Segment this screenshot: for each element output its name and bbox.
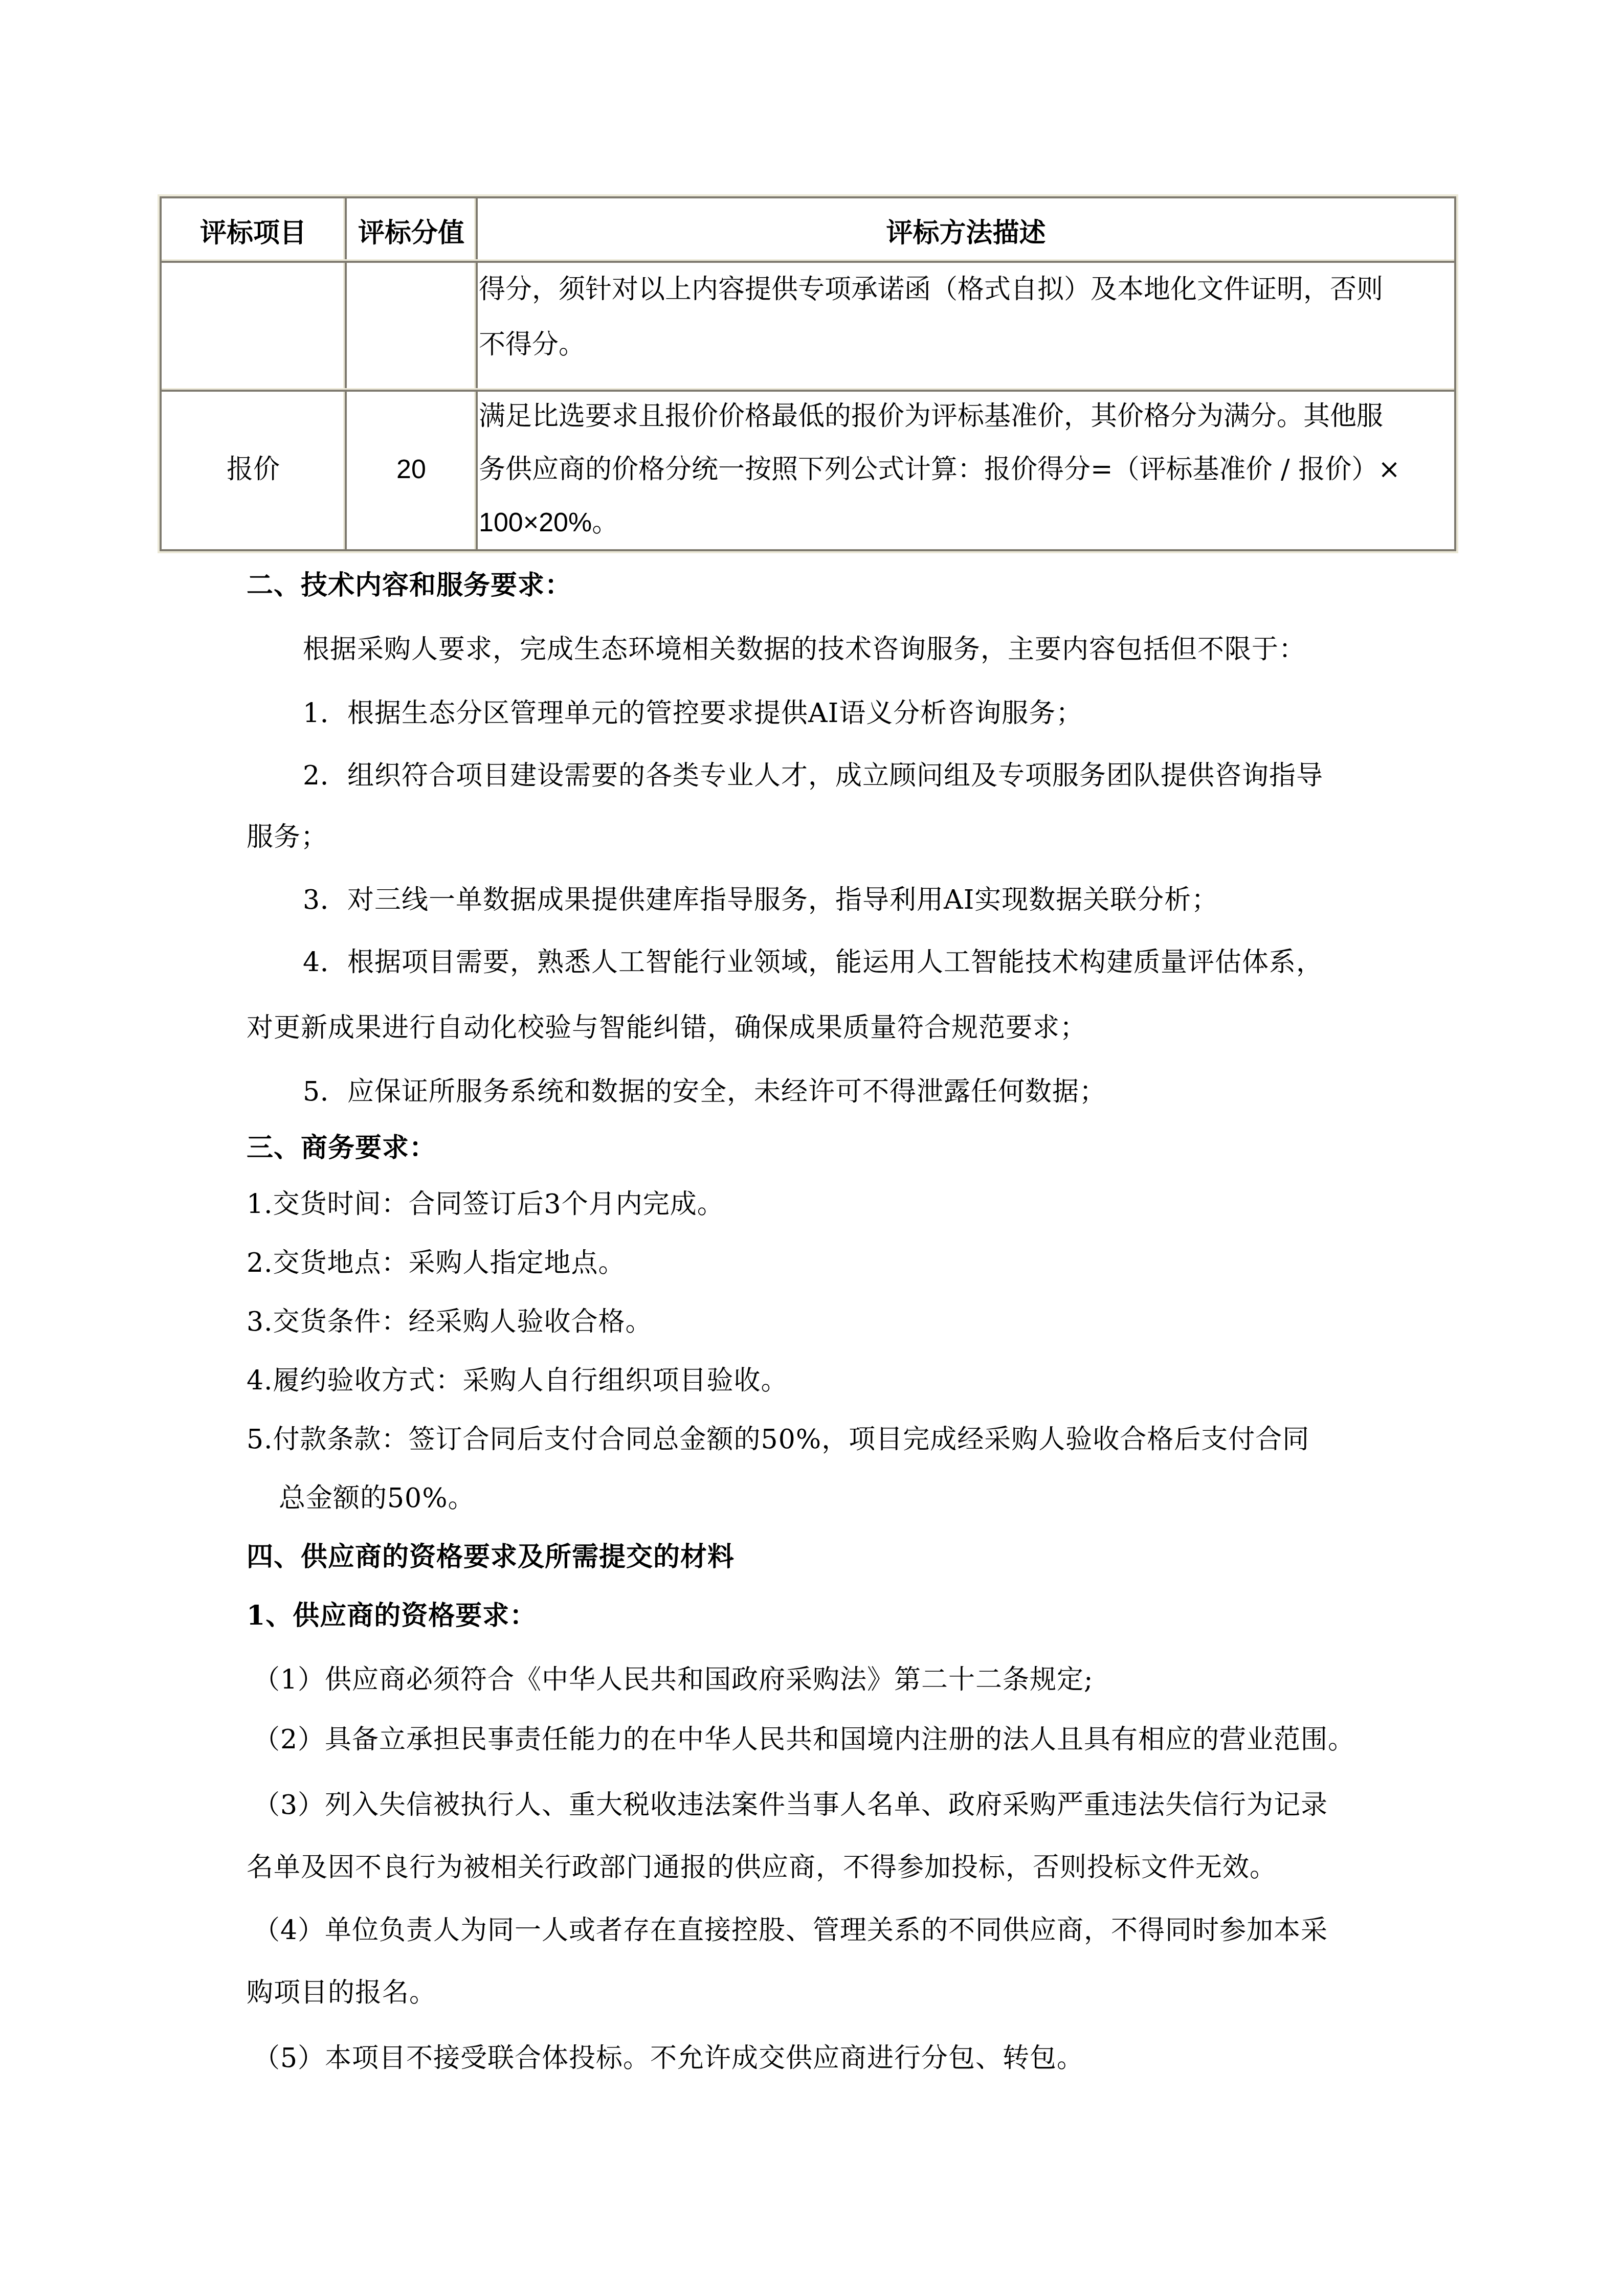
row2-description-line: 务供应商的价格分统一按照下列公式计算：报价得分=（评标基准价 / 报价）× (479, 454, 1400, 485)
row1-description-line: 不得分。 (479, 329, 585, 360)
list-item: 2.交货地点：采购人指定地点。 (247, 1248, 626, 1278)
list-item-continuation: 服务； (247, 822, 328, 852)
row2-description-line: 100×20%。 (479, 507, 618, 538)
section-heading-qualification: 四、供应商的资格要求及所需提交的材料 (247, 1542, 735, 1572)
list-item-continuation: 总金额的50%。 (279, 1483, 475, 1514)
row2-score: 20 (347, 454, 476, 485)
list-item: （1）供应商必须符合《中华人民共和国政府采购法》第二十二条规定; (253, 1664, 1094, 1695)
list-item: 3．对三线一单数据成果提供建库指导服务，指导利用AI实现数据关联分析； (303, 885, 1218, 915)
list-item-continuation: 购项目的报名。 (247, 1977, 436, 2008)
scoring-table: 评标项目 评标分值 评标方法描述 得分，须针对以上内容提供专项承诺函（格式自拟）… (160, 196, 1456, 551)
list-item-continuation: 对更新成果进行自动化校验与智能纠错，确保成果质量符合规范要求； (247, 1012, 1087, 1043)
list-item-continuation: 名单及因不良行为被相关行政部门通报的供应商，不得参加投标，否则投标文件无效。 (247, 1852, 1277, 1883)
list-item: 4.履约验收方式：采购人自行组织项目验收。 (247, 1365, 788, 1396)
row2-item: 报价 (162, 454, 345, 485)
list-item: 5．应保证所服务系统和数据的安全，未经许可不得泄露任何数据； (303, 1076, 1106, 1107)
table-column-divider (476, 198, 478, 549)
table-row-divider (162, 390, 1454, 392)
section-heading-technical: 二、技术内容和服务要求： (247, 570, 572, 601)
list-item: 5.付款条款：签订合同后支付合同总金额的50%，项目完成经采购人验收合格后支付合… (247, 1424, 1309, 1455)
row1-description-line: 得分，须针对以上内容提供专项承诺函（格式自拟）及本地化文件证明，否则 (479, 274, 1383, 305)
list-item: 4．根据项目需要，熟悉人工智能行业领域，能运用人工智能技术构建质量评估体系， (303, 947, 1323, 978)
list-item: （4）单位负责人为同一人或者存在直接控股、管理关系的不同供应商，不得同时参加本采 (253, 1915, 1328, 1946)
list-item: 3.交货条件：经采购人验收合格。 (247, 1307, 653, 1337)
table-column-divider (345, 198, 347, 549)
list-item: 1.交货时间：合同签订后3个月内完成。 (247, 1189, 724, 1220)
table-row-divider (162, 261, 1454, 263)
section-heading-business: 三、商务要求： (247, 1133, 436, 1163)
subsection-heading: 1、供应商的资格要求： (247, 1601, 537, 1631)
list-item: （3）列入失信被执行人、重大税收违法案件当事人名单、政府采购严重违法失信行为记录 (253, 1790, 1328, 1820)
list-item: （5）本项目不接受联合体投标。不允许成交供应商进行分包、转包。 (253, 2043, 1084, 2074)
list-item: 2．组织符合项目建设需要的各类专业人才，成立顾问组及专项服务团队提供咨询指导 (303, 760, 1323, 791)
list-item: （2）具备立承担民事责任能力的在中华人民共和国境内注册的法人且具有相应的营业范围… (253, 1724, 1355, 1755)
row2-description-line: 满足比选要求且报价价格最低的报价为评标基准价，其价格分为满分。其他服 (479, 401, 1383, 432)
header-method: 评标方法描述 (478, 218, 1454, 249)
header-item: 评标项目 (162, 218, 345, 249)
header-score: 评标分值 (347, 218, 476, 249)
section-intro: 根据采购人要求，完成生态环境相关数据的技术咨询服务，主要内容包括但不限于： (303, 634, 1306, 665)
list-item: 1．根据生态分区管理单元的管控要求提供AI语义分析咨询服务； (303, 698, 1083, 729)
